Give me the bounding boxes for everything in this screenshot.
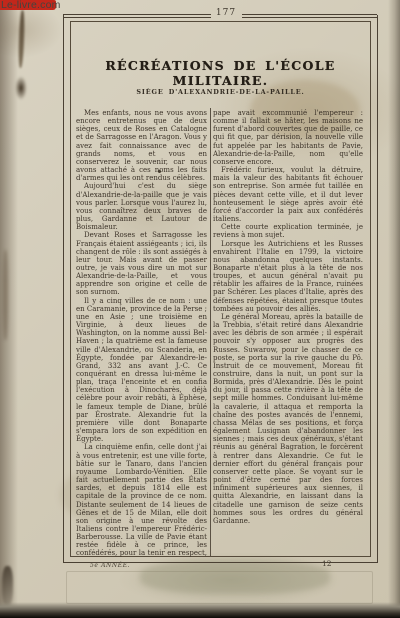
paragraph: pape avait excommunié l'empereur : comme… [213, 109, 363, 166]
paragraph: Mes enfants, nous ne vous avons encore e… [76, 109, 207, 182]
column-divider [210, 108, 211, 556]
edition-note: 5e ANNÉE. [90, 562, 130, 569]
binding-ink-mark [15, 76, 27, 100]
paragraph: Frédéric furieux, voulut la détruire, ma… [213, 166, 363, 223]
paragraph: Devant Roses et Sarragosse les Français … [76, 231, 207, 296]
right-column: pape avait excommunié l'empereur : comme… [213, 109, 363, 557]
watermark-text: Le-livre.com [1, 0, 91, 11]
paragraph: Aujourd'hui c'est du siège d'Alexandrie-… [76, 182, 207, 231]
paragraph: La cinquième enfin, celle dont j'ai à vo… [76, 443, 207, 557]
signature-number: 12 [322, 559, 332, 568]
paragraph: Lorsque les Autrichiens et les Russes en… [213, 240, 363, 313]
paragraph: Cette courte explication terminée, je re… [213, 223, 363, 239]
show-through-rectangle [66, 571, 373, 604]
page-title: RÉCRÉATIONS DE L'ÉCOLE MILITAIRE. [63, 58, 378, 88]
scan-edge-bottom [0, 602, 400, 618]
left-column: Mes enfants, nous ne vous avons encore e… [76, 109, 207, 557]
paragraph: Le général Moreau, après la bataille de … [213, 313, 363, 525]
binding-ink-mark [2, 566, 13, 606]
page-edge-right [388, 0, 400, 618]
scanned-book-page: 177 RÉCRÉATIONS DE L'ÉCOLE MILITAIRE. SI… [0, 0, 400, 618]
binding-ink-mark [3, 250, 8, 340]
paragraph: Il y a cinq villes de ce nom : une en Ca… [76, 297, 207, 444]
page-subtitle: SIÈGE D'ALEXANDRIE-DE-LA-PAILLE. [63, 88, 378, 96]
